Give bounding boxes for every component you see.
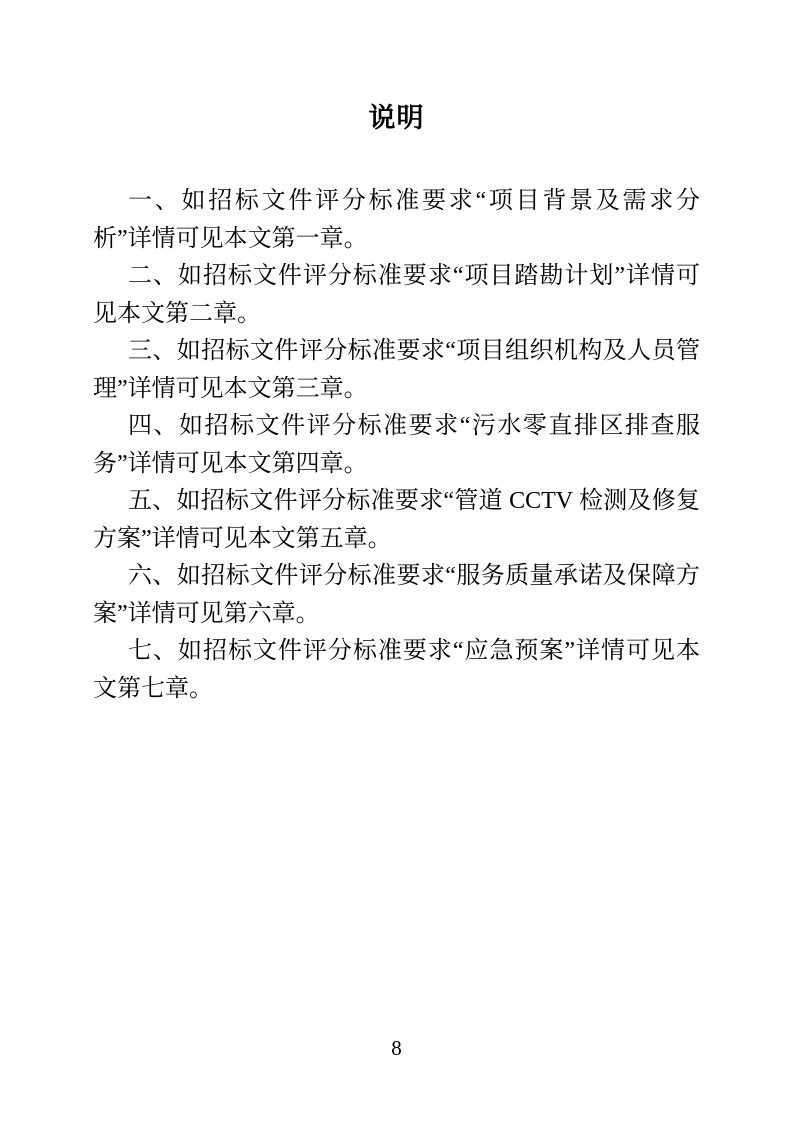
paragraph-6: 六、如招标文件评分标准要求“服务质量承诺及保障方案”详情可见第六章。 bbox=[93, 558, 700, 633]
paragraph-1: 一、如招标文件评分标准要求“项目背景及需求分析”详情可见本文第一章。 bbox=[93, 183, 700, 258]
paragraph-3: 三、如招标文件评分标准要求“项目组织机构及人员管理”详情可见本文第三章。 bbox=[93, 333, 700, 408]
document-page: 说明 一、如招标文件评分标准要求“项目背景及需求分析”详情可见本文第一章。 二、… bbox=[0, 0, 793, 1122]
page-title: 说明 bbox=[0, 0, 793, 135]
paragraph-7: 七、如招标文件评分标准要求“应急预案”详情可见本文第七章。 bbox=[93, 633, 700, 708]
paragraph-5: 五、如招标文件评分标准要求“管道 CCTV 检测及修复方案”详情可见本文第五章。 bbox=[93, 483, 700, 558]
paragraph-4: 四、如招标文件评分标准要求“污水零直排区排查服务”详情可见本文第四章。 bbox=[93, 408, 700, 483]
page-number: 8 bbox=[0, 1036, 793, 1060]
paragraph-2: 二、如招标文件评分标准要求“项目踏勘计划”详情可见本文第二章。 bbox=[93, 258, 700, 333]
document-body: 一、如招标文件评分标准要求“项目背景及需求分析”详情可见本文第一章。 二、如招标… bbox=[93, 183, 700, 708]
